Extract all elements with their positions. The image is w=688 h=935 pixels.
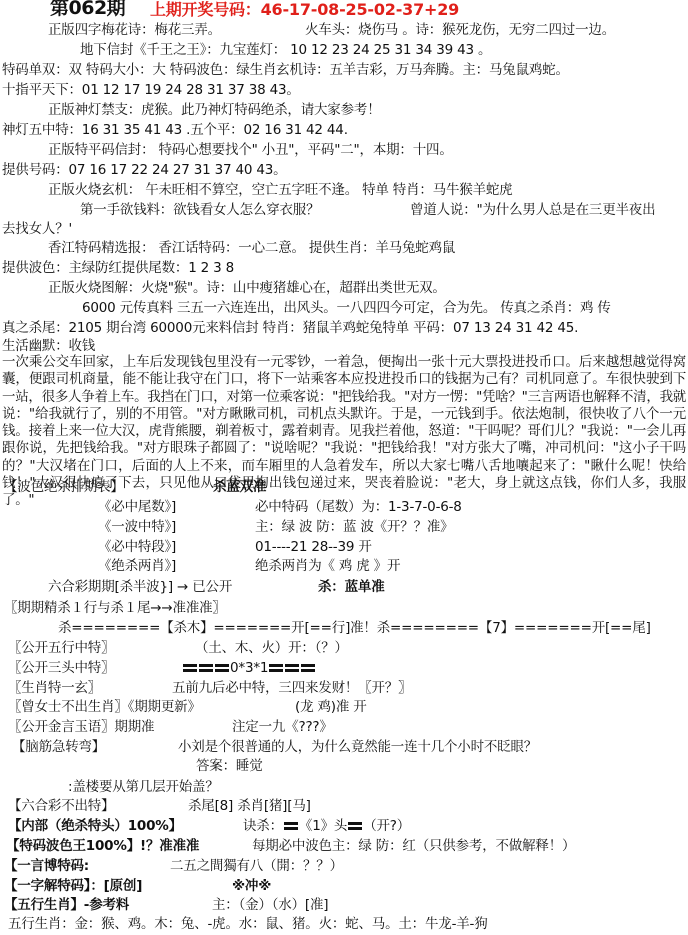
wave-table-title: 【波色绝杀排期表】 [4, 479, 124, 496]
three-head-code: 0*3*1 [230, 660, 268, 676]
inner-label: 【内部（绝杀特头）100%】 [8, 818, 182, 835]
xiangjiang: 香江特码精选报： 香江话特码：一心二意。 提供生肖：羊马兔蛇鸡鼠 [48, 240, 455, 257]
riddle-question: 小刘是个很普通的人，为什么竟然能一连十几个小时不眨眼？ [178, 739, 537, 756]
wave-king-value: 每期必中波色主：绿 防：红（只供参考，不做解释！） [252, 838, 575, 855]
five-element-value: （土、木、火）开：（？） [195, 640, 348, 657]
last-draw-numbers: 46-17-08-25-02-37+29 [261, 0, 459, 19]
bar-icon [183, 664, 197, 672]
zodiac-value: 五前九后必中特，三四来发财！〖开？〗 [172, 680, 411, 697]
wave-row-value: 主：绿 波 防：蓝 波《开？？准》 [255, 519, 453, 536]
special-attrs: 特码单双：双 特码大小：大 特码波色：绿生肖玄机诗：五羊吉彩，万马奔腾。主：马兔… [2, 62, 569, 79]
lamp-five: 神灯五中特：16 31 35 41 43 .五个平：02 16 31 42 44… [2, 122, 348, 139]
inner-head: 《1》头 [299, 818, 347, 834]
riddle-label: 【脑筋急转弯】 [12, 739, 105, 756]
five-element-label: 〖公开五行中特〗 [8, 640, 114, 657]
three-head-value: 0*3*1 [182, 660, 316, 677]
fax-kill-tail: 真之杀尾：2105 期台湾 60000元来料信封 特肖：猪鼠羊鸡蛇兔特单 平码：… [2, 320, 578, 337]
bar-icon [269, 664, 283, 672]
wave-row-label: 《绝杀两肖》] [98, 558, 176, 575]
riddle-2: :盖楼要从第几层开始盖？ [68, 779, 219, 796]
fax-material: 6000 元传真料 三五一六连连出，出风头。一八四四今可定，合为先。 传真之杀肖… [82, 300, 611, 317]
wuxing-list: 五行生肖：金：猴、鸡。木：兔、-虎。水：鼠、猪。火：蛇、马。土：牛龙-羊-狗 [8, 916, 488, 933]
golden-words-value: 注定一九《???》 [232, 719, 333, 736]
first-hand: 第一手欲钱料：欲钱看女人怎么穿衣服？ [80, 202, 319, 219]
lamp-ban: 正版神灯禁支：虎猴。此乃神灯特码绝杀，请大家参考！ [48, 102, 381, 119]
bar-icon [199, 664, 213, 672]
no-show-value: 杀尾[8] 杀肖[猪][马] [188, 798, 311, 815]
bar-icon [285, 664, 299, 672]
zeng-says: 曾道人说："为什么男人总是在三更半夜出 [410, 202, 655, 219]
one-char-label: 【一字解特码】：[原创] [4, 878, 142, 895]
ten-fingers: 十指平天下：01 12 17 19 24 28 31 37 38 43。 [2, 82, 300, 99]
last-draw-label: 上期开奖号码： [150, 0, 261, 19]
bar-icon [301, 664, 315, 672]
underground-envelope: 地下信封《千王之王》：九宝莲灯： 10 12 23 24 25 31 34 39… [80, 42, 491, 59]
issue-title: 第062期 [50, 0, 125, 17]
wave-king-label: 【特码波色王100%】!？准准准 [6, 838, 199, 855]
zeng-value: (龙 鸡)准 开 [295, 699, 367, 716]
inner-value: 诀杀：《1》头（开?） [243, 818, 410, 835]
kill-row: 杀========【杀木】=======开[==行]准！杀========【7】… [58, 620, 651, 637]
wave-row-value: 必中特码（尾数）为：1-3-7-0-6-8 [255, 499, 462, 516]
special-envelope: 正版特平码信封： 特码心想要找个" 小丑"，平码"二"，本期：十四。 [48, 142, 453, 159]
inner-open: （开?） [363, 818, 410, 834]
zodiac-label: 〖生肖特一玄〗 [8, 680, 101, 697]
plum-poem: 正版四字梅花诗：梅花三弄。 [48, 22, 221, 39]
golden-words-label: 〖公开金言玉语〗期期准 [8, 719, 154, 736]
no-show-label: 【六合彩不出特】 [8, 798, 114, 815]
train-head: 火车头：烧伤马 。诗：猴死龙伤，无穷二四过一边。 [305, 22, 615, 39]
inner-kill-label: 诀杀： [243, 818, 283, 834]
wuxing-label: 【五行生肖】-参考料 [4, 897, 129, 914]
wave-row-label: 《必中特段》] [98, 539, 176, 556]
wave-row-value: 绝杀两肖为《 鸡 虎 》开 [255, 558, 400, 575]
one-word-value: 二五之間獨有八（開：？？） [170, 858, 343, 875]
half-wave-kill: 杀：蓝单准 [318, 579, 385, 596]
riddle-answer: 答案：睡觉 [196, 758, 263, 775]
last-draw: 上期开奖号码：46-17-08-25-02-37+29 [150, 1, 459, 18]
one-char-value: ※冲※ [232, 878, 271, 895]
fire-diagram: 正版火烧图解：火烧"猴"。诗：山中瘦猪雄心在，超群出类世无双。 [48, 280, 446, 297]
bar-icon [284, 822, 298, 830]
three-head-label: 〖公开三头中特〗 [8, 660, 114, 677]
bar-icon [348, 822, 362, 830]
one-word-label: 【一言博特码: [4, 858, 89, 875]
bar-icon [215, 664, 229, 672]
fire-mystery: 正版火烧玄机： 午未旺相不算空，空亡五字旺不逢。 特单 特肖：马牛猴羊蛇虎 [48, 182, 512, 199]
wave-table-headline: 杀蓝双准 [213, 479, 266, 496]
zeng-label: 〖曾女士不出生肖〗《期期更新》 [8, 699, 201, 716]
provided-wave: 提供波色：主绿防红提供尾数：1 2 3 8 [2, 260, 234, 277]
wuxing-value: 主：（金）（水）[准] [212, 897, 328, 914]
precise-kill: 〖期期精杀１行与杀１尾→→准准准〗 [4, 600, 226, 617]
zeng-says-cont: 去找女人？' [2, 221, 72, 238]
provided-numbers: 提供号码：07 16 17 22 24 27 31 37 40 43。 [2, 162, 286, 179]
half-wave: 六合彩期期[杀半波}] → 已公开 [48, 579, 232, 596]
wave-row-value: 01----21 28--39 开 [255, 539, 372, 556]
humor-title: 生活幽默：收钱 [2, 338, 95, 355]
wave-row-label: 《必中尾数》] [98, 499, 176, 516]
wave-row-label: 《一波中特》] [98, 519, 176, 536]
